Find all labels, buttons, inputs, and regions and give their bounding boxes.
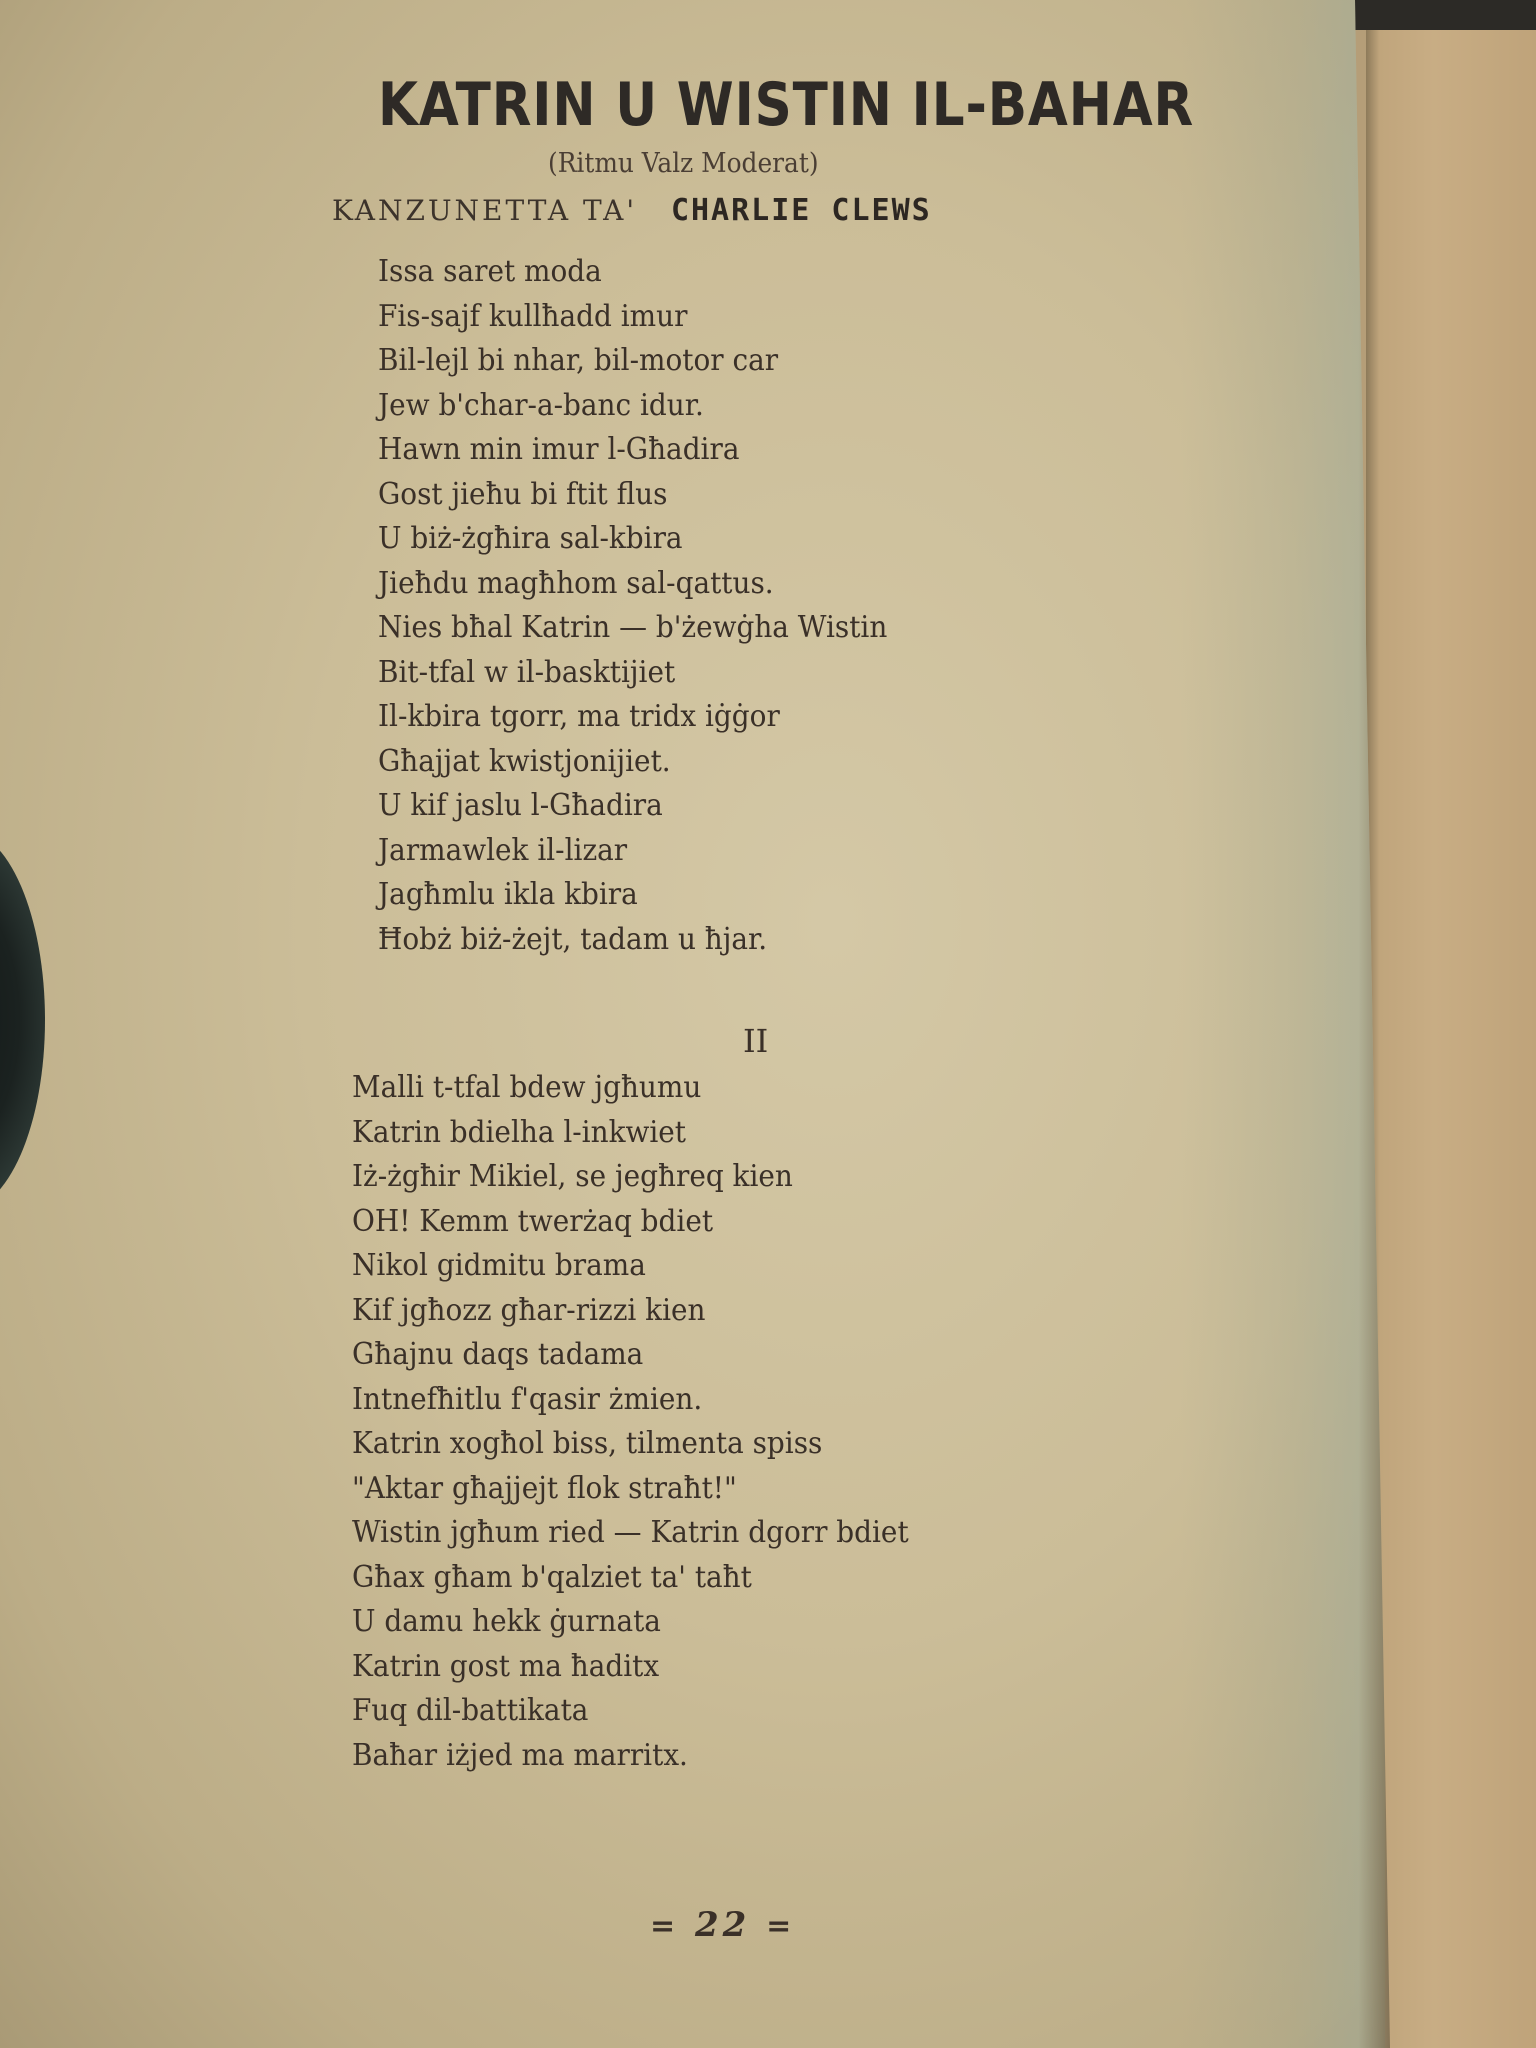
page-number-value: 22 bbox=[695, 1905, 750, 1945]
page-number-ornament-right: = bbox=[766, 1909, 795, 1944]
verse-line: "Aktar għajjejt flok straħt!" bbox=[352, 1467, 909, 1512]
verse-line: Jieħdu magħhom sal-qattus. bbox=[378, 562, 887, 607]
verse-line: Issa saret moda bbox=[378, 250, 887, 295]
song-title: KATRIN U WISTIN IL-BAHAR bbox=[378, 70, 1152, 140]
verse-line: Iż-żgħir Mikiel, se jegħreq kien bbox=[352, 1155, 909, 1200]
verse-line: Baħar iżjed ma marritx. bbox=[352, 1734, 909, 1779]
author-name: CHARLIE CLEWS bbox=[671, 193, 932, 228]
verse-line: Hawn min imur l-Għadira bbox=[378, 428, 887, 473]
tempo-marking: (Ritmu Valz Moderat) bbox=[548, 148, 819, 179]
verse-line: Katrin bdielha l-inkwiet bbox=[352, 1111, 909, 1156]
verse-line: Fis-sajf kullħadd imur bbox=[378, 295, 887, 340]
verse-line: Jarmawlek il-lizar bbox=[378, 829, 887, 874]
byline: KANZUNETTA TA' CHARLIE CLEWS bbox=[332, 193, 932, 228]
verse-line: Għajnu daqs tadama bbox=[352, 1333, 909, 1378]
byline-prefix: KANZUNETTA TA' bbox=[332, 194, 637, 227]
verse-line: U biż-żgħira sal-kbira bbox=[378, 517, 887, 562]
page-number: = 22 = bbox=[650, 1905, 795, 1945]
verse-line: Bil-lejl bi nhar, bil-motor car bbox=[378, 339, 887, 384]
verse-line: OH! Kemm twerżaq bdiet bbox=[352, 1200, 909, 1245]
page-gutter-shadow bbox=[1180, 0, 1390, 2048]
verse-line: Wistin jgħum ried — Katrin dgorr bdiet bbox=[352, 1511, 909, 1556]
verse-line: Katrin xogħol biss, tilmenta spiss bbox=[352, 1422, 909, 1467]
verse-line: Jew b'char-a-banc idur. bbox=[378, 384, 887, 429]
verse-line: Bit-tfal w il-basktijiet bbox=[378, 651, 887, 696]
verse-line: U damu hekk ġurnata bbox=[352, 1600, 909, 1645]
verse-line: Katrin gost ma ħaditx bbox=[352, 1645, 909, 1690]
verse-line: Għajjat kwistjonijiet. bbox=[378, 740, 887, 785]
verse-1: Issa saret moda Fis-sajf kullħadd imur B… bbox=[378, 250, 887, 962]
verse-line: Gost jieħu bi ftit flus bbox=[378, 473, 887, 518]
verse-line: Nies bħal Katrin — b'żewġha Wistin bbox=[378, 606, 887, 651]
verse-line: Fuq dil-battikata bbox=[352, 1689, 909, 1734]
verse-2: Malli t-tfal bdew jgħumu Katrin bdielha … bbox=[352, 1066, 909, 1778]
verse-line: Kif jgħozz għar-rizzi kien bbox=[352, 1289, 909, 1334]
page-number-ornament-left: = bbox=[650, 1909, 679, 1944]
background-dark-edge bbox=[1330, 0, 1536, 30]
verse-line: Ħobż biż-żejt, tadam u ħjar. bbox=[378, 918, 887, 963]
verse-line: U kif jaslu l-Għadira bbox=[378, 784, 887, 829]
facing-page bbox=[1366, 30, 1536, 2048]
verse-line: Malli t-tfal bdew jgħumu bbox=[352, 1066, 909, 1111]
verse-line: Il-kbira tgorr, ma tridx iġġor bbox=[378, 695, 887, 740]
verse-line: Għax għam b'qalziet ta' taħt bbox=[352, 1556, 909, 1601]
verse-line: Nikol gidmitu brama bbox=[352, 1244, 909, 1289]
verse-line: Intnefħitlu f'qasir żmien. bbox=[352, 1378, 909, 1423]
verse-line: Jagħmlu ikla kbira bbox=[378, 873, 887, 918]
section-numeral: II bbox=[743, 1022, 768, 1060]
